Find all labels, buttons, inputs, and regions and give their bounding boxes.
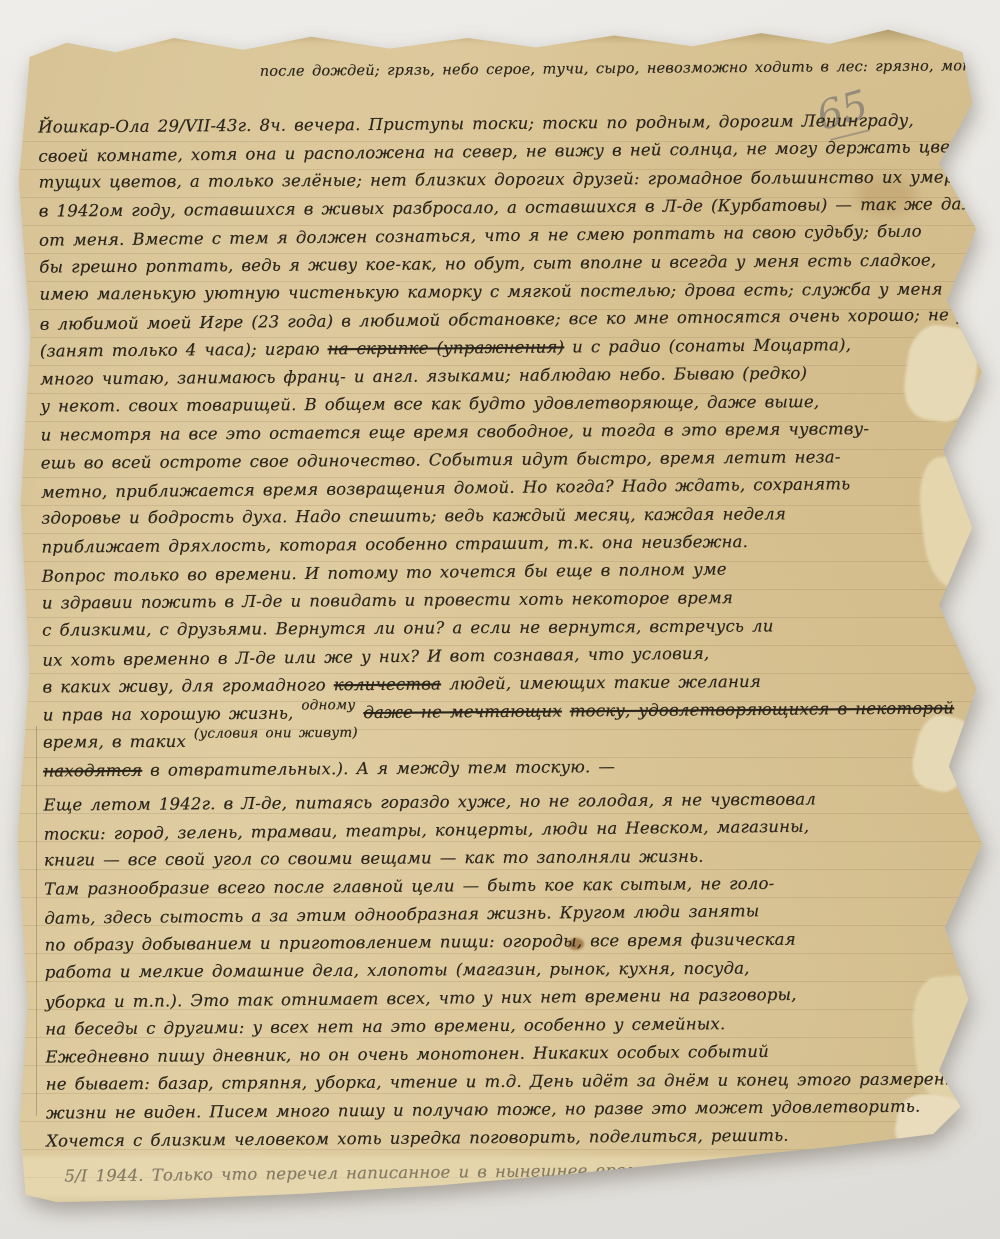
handwriting-text: Йошкар-Ола 29/VII-43г. 8ч. вечера. Прист…: [38, 111, 914, 137]
handwriting-text: от меня. Вместе с тем я должен сознаться…: [39, 221, 922, 249]
handwriting-text: (занят только 4 часа); играю: [40, 339, 328, 360]
handwriting-text: работа и мелкие домашние дела, хлопоты (…: [45, 959, 750, 982]
handwriting-text: и несмотря на все это остается еще время…: [40, 419, 869, 445]
handwriting-text: людей, имеющих такие желания: [441, 672, 761, 694]
inserted-text: (условия они живут): [194, 719, 358, 748]
text-line: время, в таких (условия они живут): [43, 723, 941, 756]
handwriting-text: ешь во всей остроте свое одиночество. Со…: [41, 447, 841, 472]
text-line: у некот. своих товарищей. В общем все ка…: [40, 387, 938, 420]
handwriting-text: и здравии пожить в Л-де и повидать и про…: [42, 588, 733, 612]
handwriting-text: Хочется с близким человеком хоть изредка…: [46, 1126, 789, 1151]
struck-text: даже не мечтающих: [363, 701, 562, 722]
handwriting-text: их хоть временно в Л-де или же у них? И …: [42, 644, 709, 670]
handwriting-text: Вопрос только во времени. И потому то хо…: [42, 560, 727, 586]
paper-crease: [36, 726, 37, 1116]
paper-sheet: 65 после дождей; грязь, небо серое, тучи…: [8, 26, 986, 1220]
handwriting-text: жизни не виден. Писем много пишу и получ…: [46, 1097, 921, 1123]
manuscript-page: 65 после дождей; грязь, небо серое, тучи…: [0, 0, 1000, 1239]
text-line: не бывает: базар, стряпня, уборка, чтени…: [46, 1065, 944, 1098]
handwriting-text: в отвратительных.). А я между тем тоскую…: [142, 757, 615, 780]
struck-text: тоску, удовлетворяющихся в некоторой: [570, 698, 954, 720]
handwriting-text: Там разнообразие всего после главной цел…: [44, 874, 774, 899]
handwriting-text: на беседы с другими: у всех нет на это в…: [45, 1014, 725, 1038]
handwritten-text: после дождей; грязь, небо серое, тучи, с…: [38, 52, 945, 1189]
handwriting-text: и с радио (сонаты Моцарта),: [564, 335, 851, 356]
text-line: тущих цветов, а только зелёные; нет близ…: [38, 163, 936, 196]
text-line: книги — все свой угол со своими вещами —…: [44, 841, 942, 874]
torn-top-edge: [8, 26, 986, 44]
text-line: после дождей; грязь, небо серое, тучи, с…: [260, 52, 936, 85]
handwriting-text: приближает дряхлость, которая особенно с…: [41, 532, 748, 557]
handwriting-text: у некот. своих товарищей. В общем все ка…: [40, 392, 819, 415]
handwriting-text: Ежедневно пишу дневник, но он очень моно…: [45, 1042, 769, 1067]
handwriting-text: в каких живу, для громадного: [42, 675, 333, 696]
handwriting-text: много читаю, занимаюсь франц- и англ. яз…: [40, 364, 807, 389]
handwriting-text: уборка и т.п.). Это так отнимает всех, ч…: [45, 985, 797, 1012]
handwriting-text: книги — все свой угол со своими вещами —…: [44, 847, 704, 870]
handwriting-text: по образу добыванием и приготовлением пи…: [44, 930, 795, 955]
handwriting-text: после дождей; грязь, небо серое, тучи, с…: [260, 58, 990, 80]
text-line: Хочется с близким человеком хоть изредка…: [46, 1120, 944, 1155]
bottom-edge-shadow: [8, 1194, 986, 1220]
struck-text: находятся: [43, 761, 142, 781]
handwriting-text: дать, здесь сытость а за этим однообразн…: [44, 901, 759, 927]
handwriting-text: здоровье и бодрость духа. Надо спешить; …: [41, 504, 786, 527]
handwriting-text: [562, 701, 570, 720]
inserted-text: одному: [301, 691, 355, 719]
handwriting-text: не бывает: базар, стряпня, уборка, чтени…: [46, 1069, 985, 1093]
handwriting-text: в 1942ом году, оставшихся в живых разбро…: [39, 194, 1000, 221]
text-line: здоровье и бодрость духа. Надо спешить; …: [41, 499, 939, 532]
handwriting-text: своей комнате, хотя она и расположена на…: [38, 137, 956, 166]
struck-text: на скрипке (упражнения): [327, 337, 564, 358]
handwriting-text: тущих цветов, а только зелёные; нет близ…: [38, 167, 975, 191]
handwriting-text: с близкими, с друзьями. Вернутся ли они?…: [42, 616, 774, 639]
handwriting-text: время, в таких: [43, 732, 194, 752]
handwriting-text: имею маленькую уютную чистенькую каморку…: [39, 279, 942, 303]
handwriting-text: в любимой моей Игре (23 года) в любимой …: [40, 304, 1000, 333]
handwriting-text: метно, приближается время возвращения до…: [41, 474, 850, 501]
handwriting-text: бы грешно роптать, ведь я живу кое-как, …: [39, 250, 936, 276]
photo-background: 65 после дождей; грязь, небо серое, тучи…: [0, 0, 1000, 1239]
handwriting-text: тоски: город, зелень, трамваи, театры, к…: [44, 817, 810, 844]
handwriting-text: Еще летом 1942г. в Л-де, питаясь гораздо…: [43, 789, 816, 814]
